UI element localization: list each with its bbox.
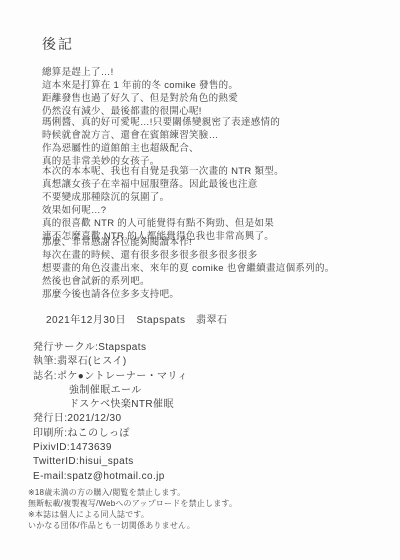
colophon: 発行サークル:Stapspats 執筆:翡翠石(ヒスイ) 誌名:ポケ●ントレーナ… bbox=[33, 341, 188, 484]
text-line: 本次的本本呢、我也有自覺是我第一次畫的 NTR 類型。 bbox=[42, 165, 284, 178]
page-title: 後記 bbox=[42, 34, 74, 54]
afterword-paragraph-1: 總算是趕上了…! 這本來是打算在 1 年前的冬 comike 發售的。 距離發售… bbox=[42, 66, 238, 118]
afterword-paragraph-4: 那麼、非常感謝各位能夠閱讀本作! 每次在畫的時候、還有很多很多很多很多很多很多 … bbox=[42, 236, 335, 301]
fineprint: ※18歳未満の方の購入/閲覧を禁止します。 無断転載/複製複写/Webへのアップ… bbox=[28, 487, 237, 531]
fineprint-line: いかなる団体/作品とも一切関係ありません。 bbox=[28, 520, 237, 531]
fineprint-line: ※18歳未満の方の購入/閲覧を禁止します。 bbox=[28, 487, 237, 498]
colophon-publish-date-line: 発行日:2021/12/30 bbox=[33, 412, 188, 426]
colophon-twitter-id-line: TwitterID:hisui_spats bbox=[33, 455, 188, 469]
text-line: 時候就會說方言、還會在賓館練習笑臉… bbox=[42, 129, 280, 142]
colophon-printer-line: 印刷所:ねこのしっぽ bbox=[33, 427, 188, 441]
fineprint-line: ※本誌は個人による同人誌です。 bbox=[28, 509, 237, 520]
fineprint-line: 無断転載/複製複写/Webへのアップロードを禁止します。 bbox=[28, 498, 237, 509]
text-line: 想要畫的角色沒畫出來、來年的夏 comike 也會繼續畫這個系列的。 bbox=[42, 262, 335, 275]
colophon-author-line: 執筆:翡翠石(ヒスイ) bbox=[33, 355, 188, 369]
colophon-circle-line: 発行サークル:Stapspats bbox=[33, 341, 188, 355]
afterword-paragraph-3: 本次的本本呢、我也有自覺是我第一次畫的 NTR 類型。 真想讓女孩子在幸福中屈服… bbox=[42, 165, 284, 243]
text-line: 真的很喜歡 NTR 的人可能覺得有點不夠勁、但是如果 bbox=[42, 217, 284, 230]
afterword-paragraph-2: 瑪俐醬、真的好可愛呢…!只要關係變親密了表達感情的 時候就會說方言、還會在賓館練… bbox=[42, 116, 280, 168]
text-line: 真想讓女孩子在幸福中屈服墮落。因此最後也注意 bbox=[42, 178, 284, 191]
text-line: 效果如何呢…? bbox=[42, 204, 284, 217]
colophon-title-line-3: ドスケベ快楽NTR催眠 bbox=[33, 398, 188, 412]
text-line: 作為惡屬性的道館館主也超級配合、 bbox=[42, 142, 280, 155]
colophon-pixiv-id-line: PixivID:1473639 bbox=[33, 441, 188, 455]
text-line: 這本來是打算在 1 年前的冬 comike 發售的。 bbox=[42, 79, 238, 92]
text-line: 每次在畫的時候、還有很多很多很多很多很多很多 bbox=[42, 249, 335, 262]
colophon-email-line: E-mail:spatz@hotmail.co.jp bbox=[33, 470, 188, 484]
text-line: 然後也會試新的系列吧。 bbox=[42, 275, 335, 288]
text-line: 瑪俐醬、真的好可愛呢…!只要關係變親密了表達感情的 bbox=[42, 116, 280, 129]
afterword-page: 後記 總算是趕上了…! 這本來是打算在 1 年前的冬 comike 發售的。 距… bbox=[0, 0, 400, 560]
text-line: 那麼、非常感謝各位能夠閱讀本作! bbox=[42, 236, 335, 249]
text-line: 距離發售也過了好久了、但是對於角色的熱愛 bbox=[42, 92, 238, 105]
text-line: 總算是趕上了…! bbox=[42, 66, 238, 79]
date-line: 2021年12月30日 Stapspats 翡翠石 bbox=[46, 311, 227, 326]
text-line: 那麼今後也請各位多多支持吧。 bbox=[42, 288, 335, 301]
colophon-title-line: 誌名:ポケ●ントレーナー・マリィ bbox=[33, 370, 188, 384]
colophon-title-line-2: 強制催眠エール bbox=[33, 384, 188, 398]
text-line: 不要變成那種陰沉的氛圍了。 bbox=[42, 191, 284, 204]
